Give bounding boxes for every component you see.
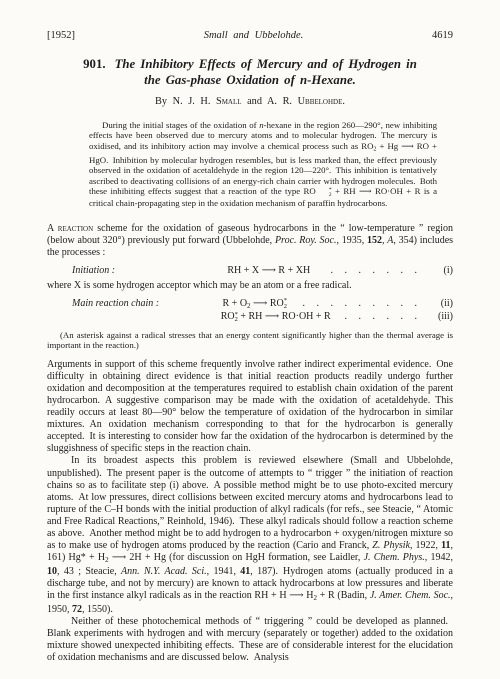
equation-row-ii: Main reaction chain : R + O2 ⟶ RO*2 . . …: [47, 298, 453, 310]
article-number: 901.: [83, 57, 105, 71]
paragraph-arguments: Arguments in support of this scheme freq…: [47, 359, 453, 456]
paragraph-intro: A reaction scheme for the oxidation of g…: [47, 223, 453, 259]
equation-number-iii: (iii): [425, 311, 453, 322]
equation-dots-i: . . . . . . .: [331, 265, 418, 276]
equation-label-main-chain: Main reaction chain :: [47, 298, 207, 309]
header-page-number: 4619: [432, 30, 453, 41]
running-title: Small and Ubbelohde.: [204, 30, 304, 41]
paragraph-broadest-aspects: In its broadest aspects this problem is …: [47, 455, 453, 616]
header-year: [1952]: [47, 30, 75, 41]
paragraph-neither-methods: Neither of these photochemical methods o…: [47, 616, 453, 664]
article-title-block: 901.The Inhibitory Effects of Mercury an…: [47, 57, 453, 88]
equation-row-iii: RO*2 + RH ⟶ RO·OH + R . . . . . . (iii): [47, 311, 453, 323]
equation-formula-i: RH + X ⟶ R + XH: [207, 265, 331, 276]
article-title-line1-row: 901.The Inhibitory Effects of Mercury an…: [47, 57, 453, 73]
equation-dots-ii: . . . . . . . . .: [303, 298, 418, 309]
page-header: [1952] Small and Ubbelohde. 4619: [47, 30, 453, 41]
equation-label-initiation: Initiation :: [47, 265, 207, 276]
equation-formula-ii: R + O2 ⟶ RO*2: [207, 298, 303, 310]
byline: By N. J. H. Small and A. R. Ubbelohde.: [47, 96, 453, 107]
paragraph-where: where X is some hydrogen acceptor which …: [47, 280, 453, 292]
equation-row-i: Initiation : RH + X ⟶ R + XH . . . . . .…: [47, 265, 453, 276]
equation-dots-iii: . . . . . .: [345, 311, 418, 322]
equation-formula-iii: RO*2 + RH ⟶ RO·OH + R: [207, 311, 345, 323]
article-title-line2: the Gas-phase Oxidation of n-Hexane.: [47, 73, 453, 89]
asterisk-note: (An asterisk against a radical stresses …: [47, 330, 453, 351]
abstract: During the initial stages of the oxidati…: [89, 120, 437, 208]
equation-number-i: (i): [425, 265, 453, 276]
article-title-line1: The Inhibitory Effects of Mercury and of…: [115, 57, 417, 71]
journal-page: [1952] Small and Ubbelohde. 4619 901.The…: [0, 0, 500, 679]
equation-number-ii: (ii): [425, 298, 453, 309]
